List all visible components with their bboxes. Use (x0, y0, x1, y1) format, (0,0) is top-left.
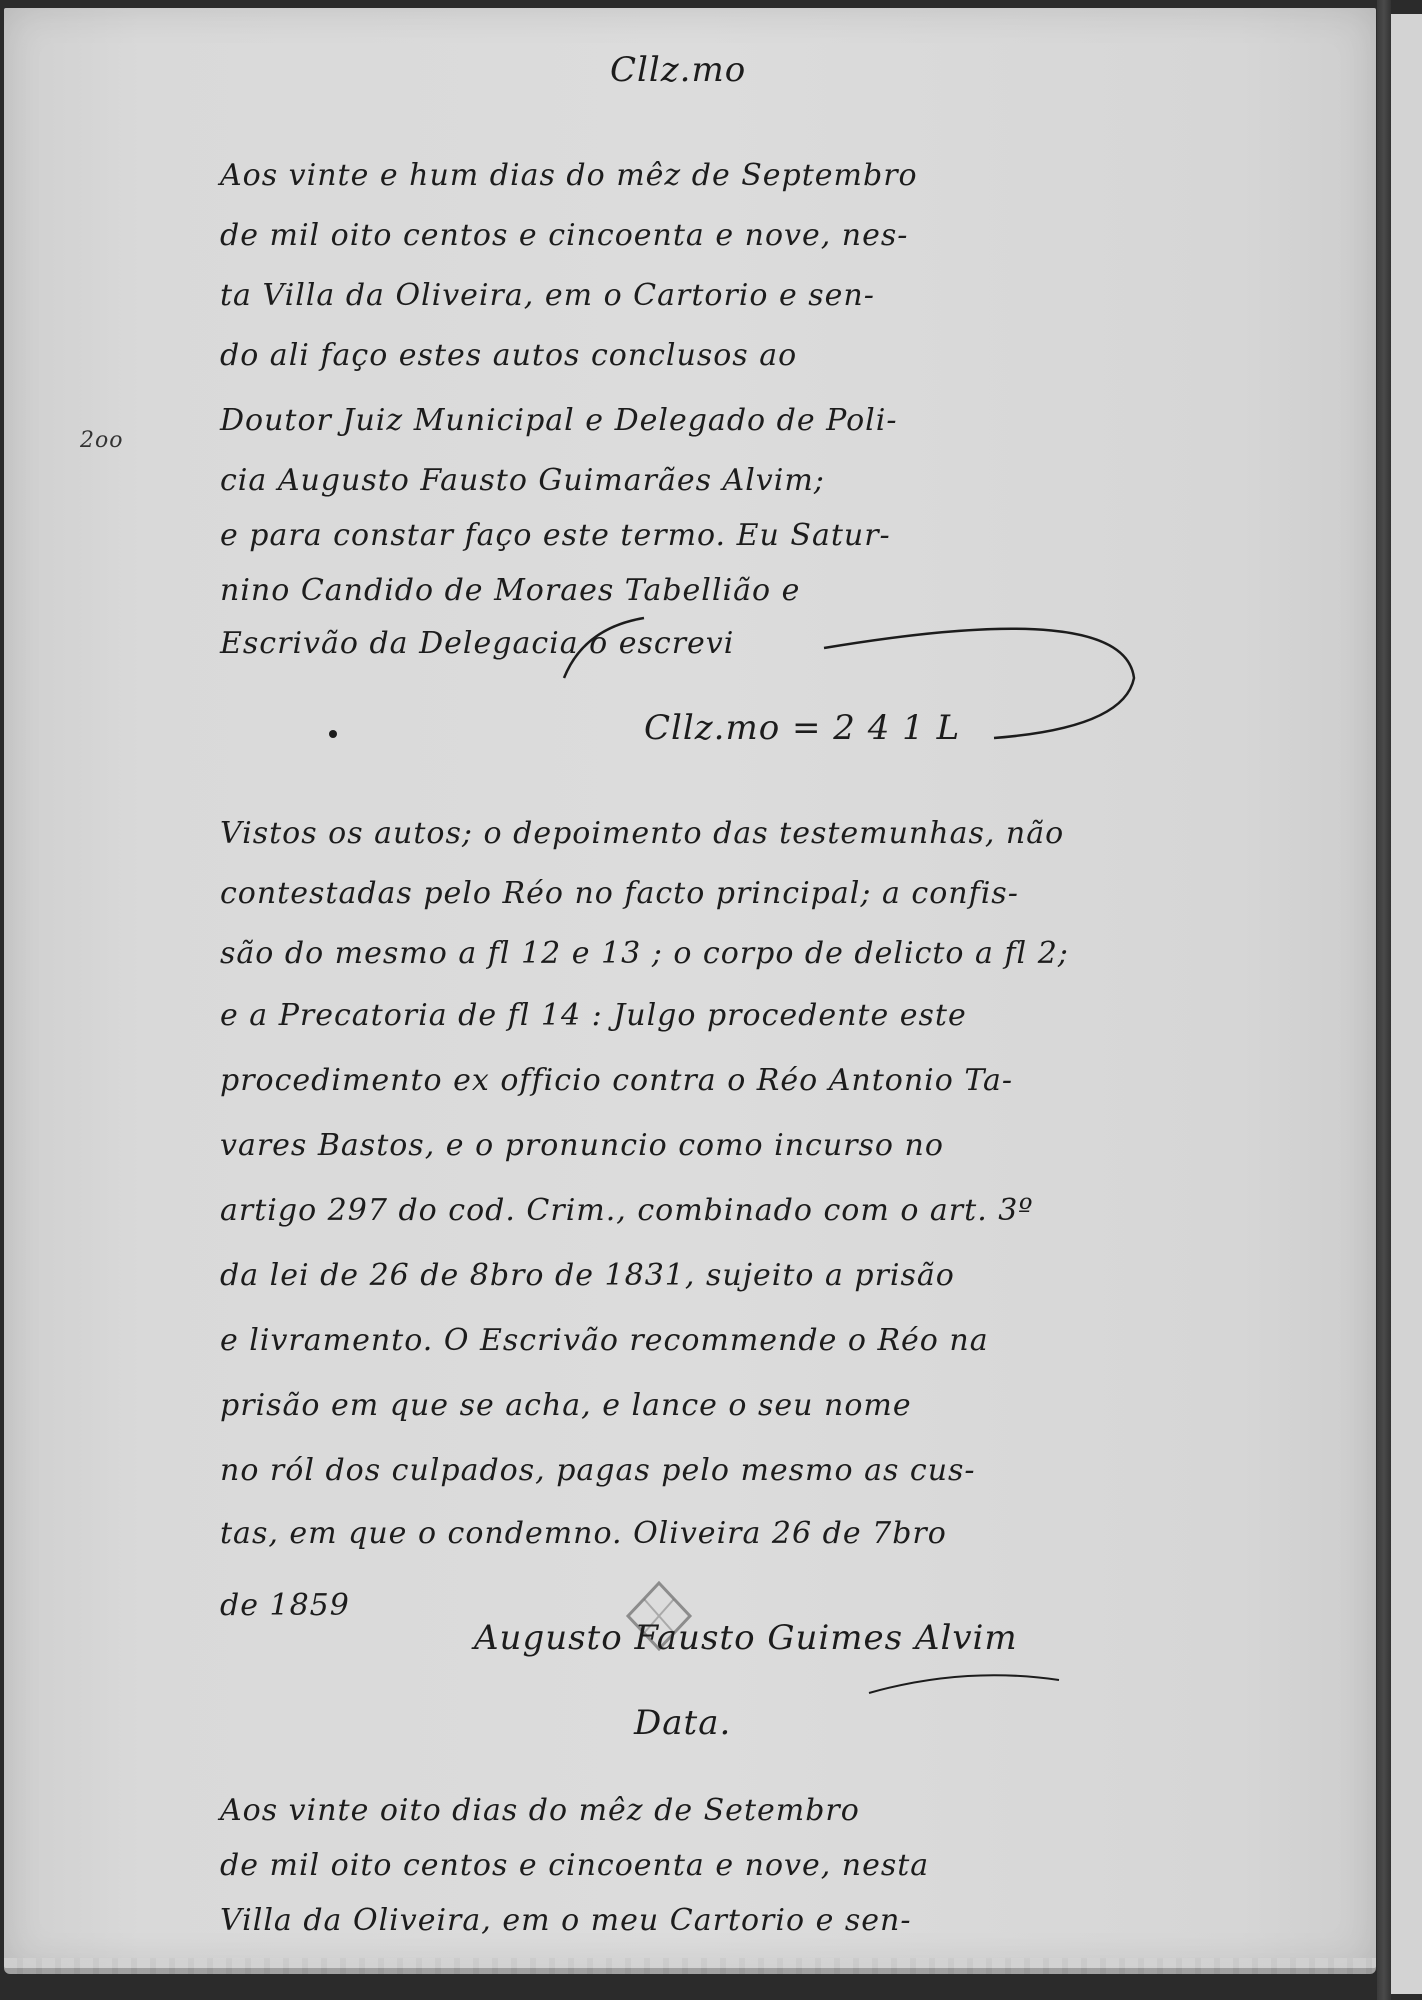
section2-line: e a Precatoria de fl 14 : Julgo proceden… (220, 998, 967, 1033)
section2-line: contestadas pelo Réo no facto principal;… (220, 876, 1019, 911)
signature-underline (864, 1668, 1064, 1698)
section2-line: de 1859 (220, 1588, 350, 1623)
section2-line: prisão em que se acha, e lance o seu nom… (220, 1388, 912, 1423)
section2-line: da lei de 26 de 8bro de 1831, sujeito a … (220, 1258, 955, 1293)
manuscript-page: 2oo Cllz.mo Aos vinte e hum dias do mêz … (4, 8, 1376, 1968)
section1-line: de mil oito centos e cincoenta e nove, n… (220, 218, 908, 253)
section2-line: e livramento. O Escrivão recommende o Ré… (220, 1323, 989, 1358)
section2-line: Vistos os autos; o depoimento das testem… (220, 816, 1064, 851)
section1-line: Aos vinte e hum dias do mêz de Septembro (220, 158, 918, 193)
section3-line: Villa da Oliveira, em o meu Cartorio e s… (220, 1903, 911, 1938)
section3-line: Aos vinte oito dias do mêz de Setembro (220, 1793, 860, 1828)
section1-line: nino Candido de Moraes Tabellião e (220, 573, 800, 608)
section2-line: tas, em que o condemno. Oliveira 26 de 7… (220, 1516, 947, 1551)
section2-line: vares Bastos, e o pronuncio como incurso… (220, 1128, 944, 1163)
margin-note: 2oo (80, 428, 124, 453)
section1-line: ta Villa da Oliveira, em o Cartorio e se… (220, 278, 875, 313)
section2-line: procedimento ex officio contra o Réo Ant… (220, 1063, 1013, 1098)
section1-line: Doutor Juiz Municipal e Delegado de Poli… (220, 403, 897, 438)
section1-closing-mark: Cllz.mo = 2 4 1 L (644, 708, 960, 748)
section3-line: de mil oito centos e cincoenta e nove, n… (220, 1848, 929, 1883)
section2-line: no ról dos culpados, pagas pelo mesmo as… (220, 1453, 976, 1488)
section1-line: do ali faço estes autos conclusos ao (220, 338, 797, 373)
adjacent-page-edge (1391, 14, 1422, 1994)
scanned-document: 2oo Cllz.mo Aos vinte e hum dias do mêz … (0, 0, 1422, 2000)
section2-line: são do mesmo a fl 12 e 13 ; o corpo de d… (220, 936, 1069, 971)
section1-line: e para constar faço este termo. Eu Satur… (220, 518, 891, 553)
binding-gutter (1377, 0, 1391, 2000)
section1-heading: Cllz.mo (610, 50, 746, 90)
section1-line: cia Augusto Fausto Guimarães Alvim; (220, 463, 825, 498)
section3-heading: Data. (634, 1703, 731, 1743)
ink-dot (329, 730, 337, 738)
section2-line: artigo 297 do cod. Crim., combinado com … (220, 1193, 1033, 1228)
judge-signature: Augusto Fausto Guimes Alvim (474, 1618, 1018, 1658)
